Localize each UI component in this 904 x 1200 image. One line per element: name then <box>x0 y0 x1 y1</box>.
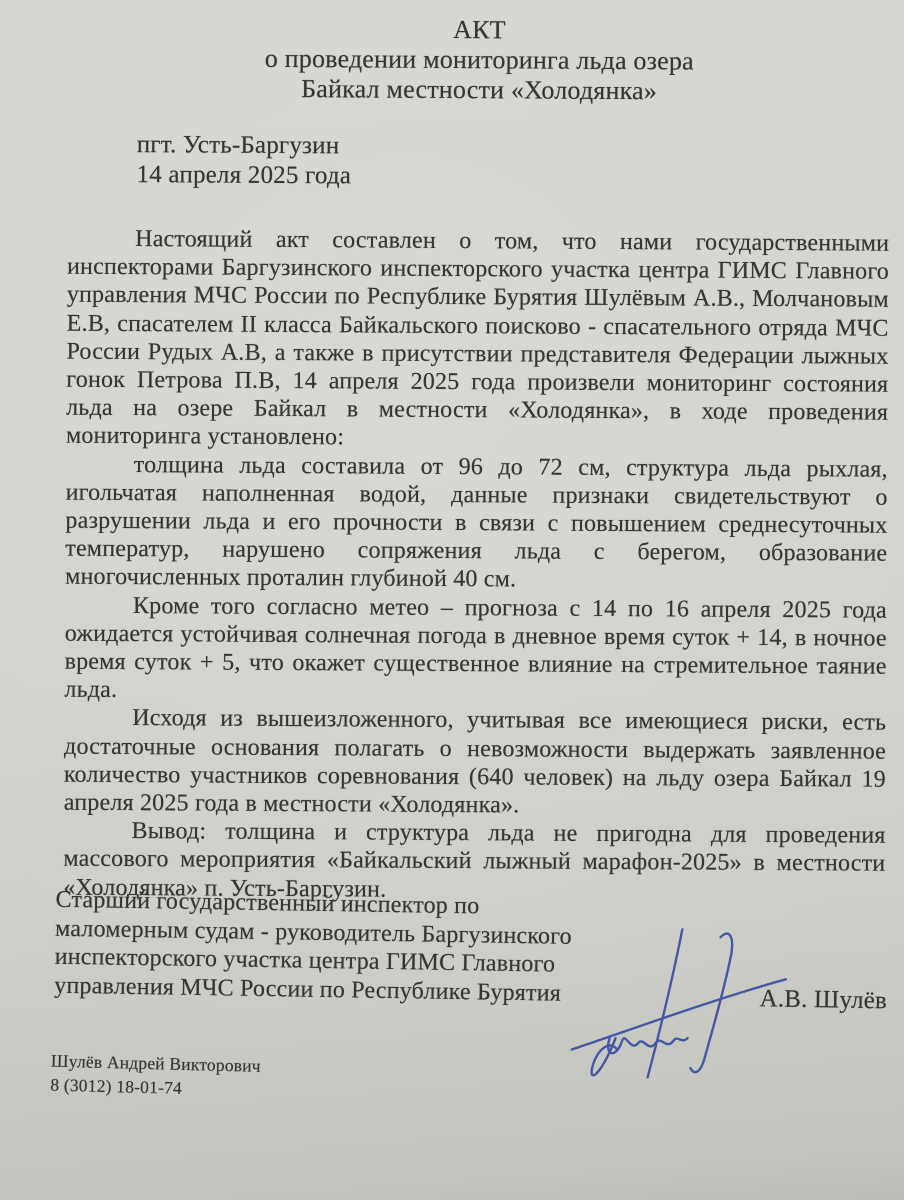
paragraph-intro: Настоящий акт составлен о том, что нами … <box>66 225 889 456</box>
signer-name: А.В. Шулёв <box>759 985 887 1015</box>
paragraph-risk-assessment: Исходя из вышеизложенного, учитывая все … <box>64 704 887 822</box>
document-body: Настоящий акт составлен о том, что нами … <box>63 225 889 907</box>
document-sheet: АКТ о проведении мониторинга льда озера … <box>0 0 904 1200</box>
document-place: пгт. Усть-Баргузин <box>137 130 352 161</box>
document-title-line-3: Байкал местности «Холодянка» <box>51 73 904 108</box>
scanned-document-page: АКТ о проведении мониторинга льда озера … <box>0 0 904 1200</box>
place-date-block: пгт. Усть-Баргузин 14 апреля 2025 года <box>136 130 351 191</box>
document-title-block: АКТ о проведении мониторинга льда озера … <box>3 12 904 108</box>
paragraph-ice-condition: толщина льда составила от 96 до 72 см, с… <box>65 450 888 596</box>
paragraph-weather-forecast: Кроме того согласно метео – прогноза с 1… <box>64 591 887 709</box>
contact-block: Шулёв Андрей Викторович 8 (3012) 18-01-7… <box>50 1049 261 1102</box>
document-date: 14 апреля 2025 года <box>136 160 351 191</box>
